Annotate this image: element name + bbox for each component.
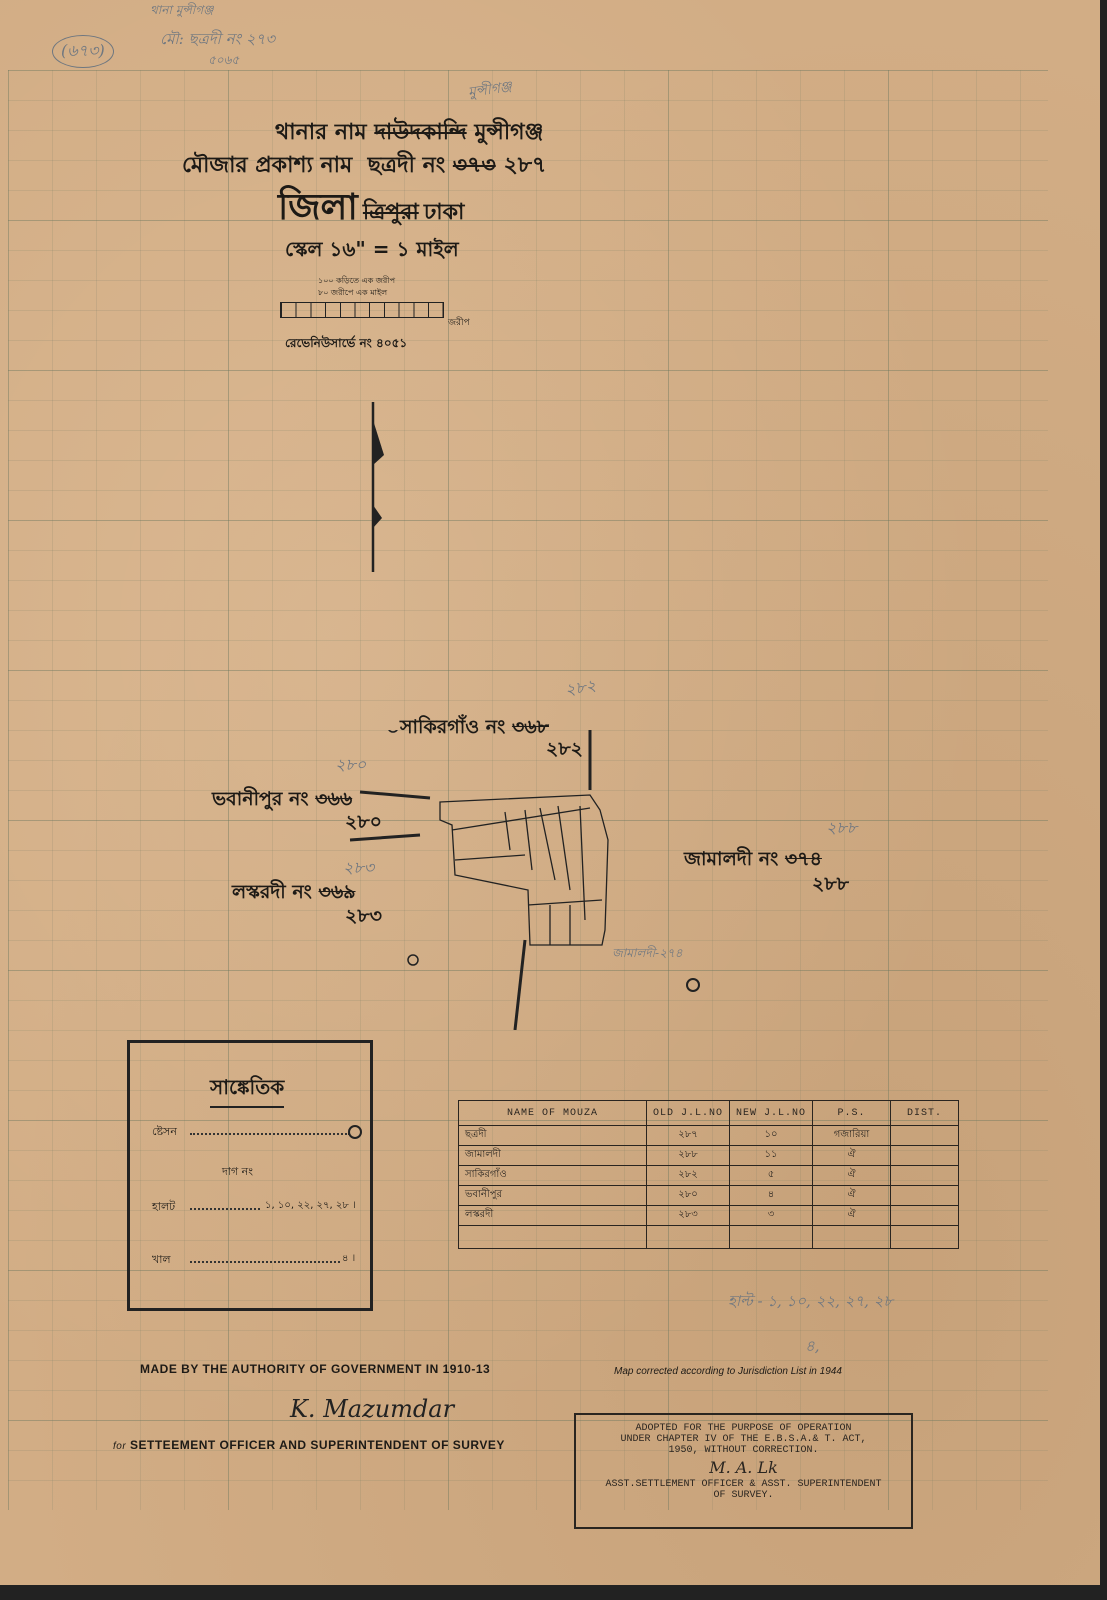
legend-dag-label: দাগ নং [222,1163,253,1182]
signature: K. Mazumdar [290,1395,454,1423]
legend-khal: খাল [152,1251,171,1270]
pencil-note: থানা মুন্সীগঞ্জ [150,2,213,22]
table-row: জামালদী২৮৮১১ঐ [459,1146,959,1166]
pencil-note: হাল্ট - ১, ১০, ২২, ২৭, ২৮ [728,1290,893,1315]
pencil-note: ৪, [805,1335,820,1360]
legend-box: সাঙ্কেতিক ষ্টেসন দাগ নং হালট ১, ১০, ২২, … [127,1040,373,1311]
pencil-note: মৌ: ছত্রদী নং ২৭৩ [160,28,275,53]
circled-note: (৬৭৩) [52,35,114,68]
table-row [459,1226,959,1249]
neighbor-label: ভবানীপুর নং ৩৬৬ [212,785,352,817]
legend-halat: হালট [152,1198,175,1217]
station-marker-icon [686,978,700,992]
neighbor-label: লস্করদী নং ৩৬৯ [232,878,356,910]
table-row: ছত্রদী২৮৭১০গজারিয়া [459,1126,959,1146]
correction-note: Map corrected according to Jurisdiction … [614,1366,842,1377]
thana-line: থানার নাম দাউদকান্দি মুন্সীগঞ্জ [275,115,543,152]
scale-note: ৮০ জরীপে এক মাইল [318,287,387,300]
signature: M. A. Lk [576,1458,911,1477]
pencil-note: ২৮২ [563,672,598,704]
district-line: জিলা ত্রিপুরা ঢাকা [278,180,464,240]
north-arrow-icon [360,400,390,575]
neighbor-label: জামালদী নং ৩৭৪ [684,845,822,877]
scale-text: স্কেল ১৬" = ১ মাইল [285,235,459,268]
table-header: NAME OF MOUZA OLD J.L.NO NEW J.L.NO P.S.… [459,1101,959,1126]
station-icon [348,1125,362,1139]
neighbor-new-no: ২৮৮ [812,870,849,902]
table-row: ভবানীপুর২৮০৪ঐ [459,1186,959,1206]
legend-khal-values: ৪ । [342,1251,355,1268]
table-row: সাকিরগাঁও২৮২৫ঐ [459,1166,959,1186]
adoption-stamp: ADOPTED FOR THE PURPOSE OF OPERATION UND… [574,1413,913,1529]
table-row: লস্করদী২৮৩৩ঐ [459,1206,959,1226]
map-sheet: (৬৭৩) থানা মুন্সীগঞ্জ মৌ: ছত্রদী নং ২৭৩ … [0,0,1100,1585]
legend-station: ষ্টেসন [152,1123,177,1142]
officer-line: for SETTEEMENT OFFICER AND SUPERINTENDEN… [113,1438,505,1452]
scale-unit: জরীপ [448,315,470,330]
pencil-note: ২৮৮ [826,815,857,842]
mouza-plot-map [340,730,630,1030]
scale-bar [280,302,444,318]
mouza-table: NAME OF MOUZA OLD J.L.NO NEW J.L.NO P.S.… [458,1100,959,1249]
authority-text: MADE BY THE AUTHORITY OF GOVERNMENT IN 1… [140,1362,490,1376]
legend-title: সাঙ্কেতিক [210,1073,284,1108]
legend-halat-values: ১, ১০, ২২, ২৭, ২৮ । [265,1198,356,1215]
revenue-survey-no: রেভেনিউসার্ভে নং ৪০৫১ [285,335,407,355]
pencil-note: ৫০৬৫ [208,52,239,72]
